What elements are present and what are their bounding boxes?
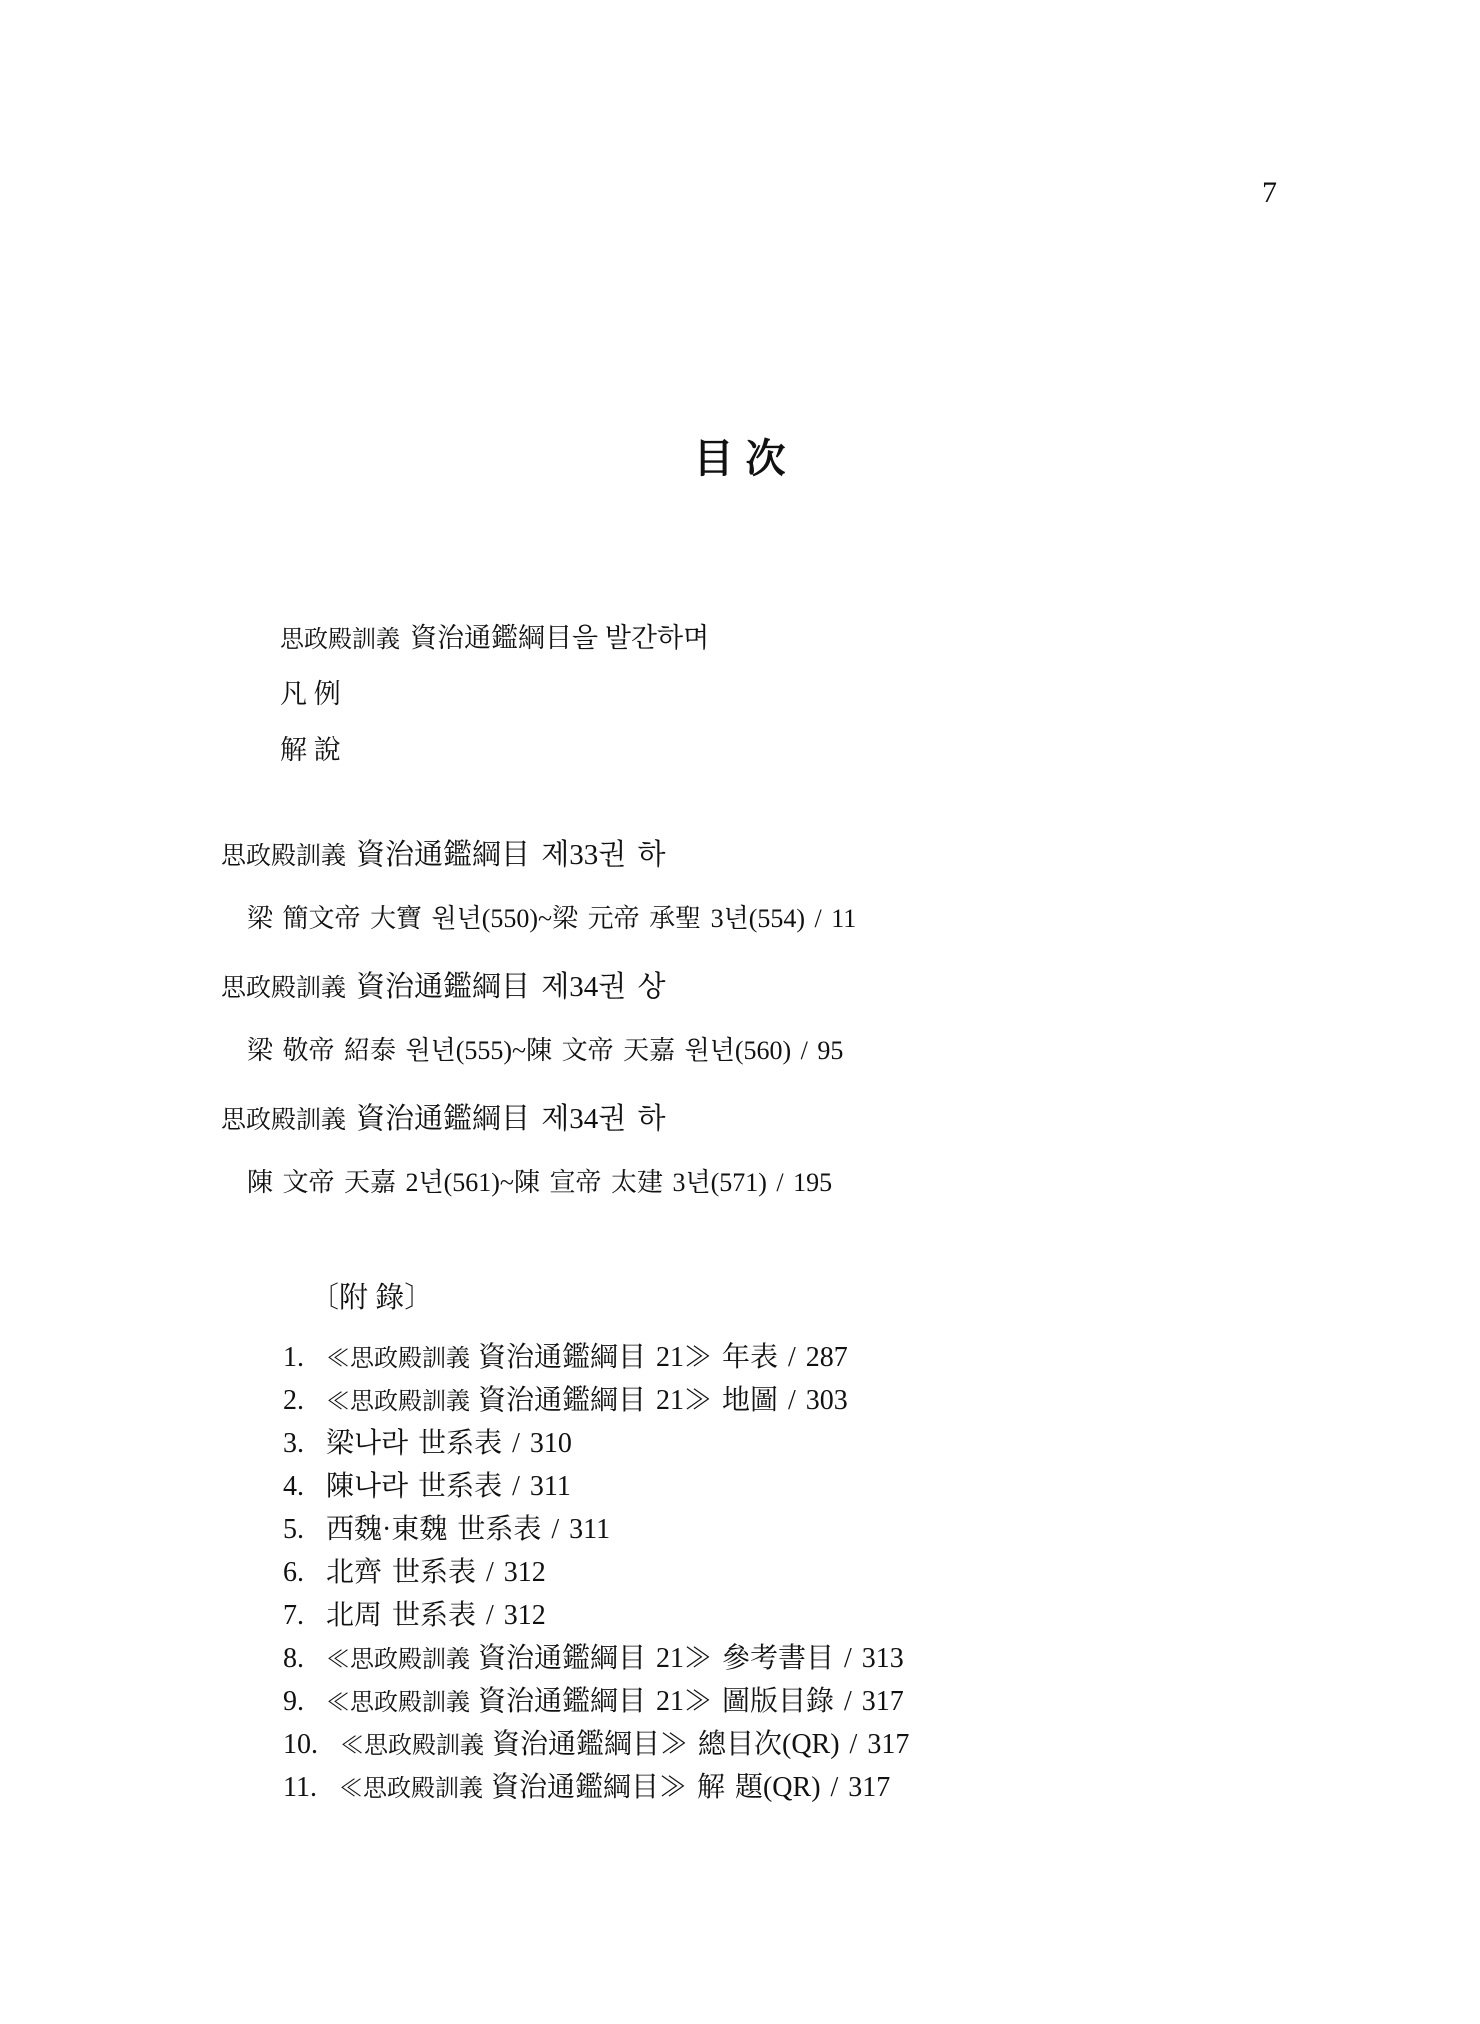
item-label: 梁나라 世系表 / 310 [326,1428,572,1459]
chapter-heading: 思政殿訓義資治通鑑綱目 제34권 상 [221,964,666,1005]
item-label: 資治通鑑綱目 21≫ 地圖 / 303 [478,1385,848,1416]
appendix-item: 9.≪思政殿訓義資治通鑑綱目 21≫ 圖版目錄 / 317 [283,1680,909,1723]
item-label: 資治通鑑綱目≫ 總目次(QR) / 317 [492,1729,909,1760]
item-prefix: ≪思政殿訓義 [339,1776,483,1802]
appendix-header: 〔附 錄〕 [310,1275,433,1316]
front-matter-label: 資治通鑑綱目을 발간하며 [410,623,709,653]
appendix-item: 2.≪思政殿訓義資治通鑑綱目 21≫ 地圖 / 303 [283,1379,909,1422]
page-title: 目 次 [0,427,1480,484]
appendix-list: 1.≪思政殿訓義資治通鑑綱目 21≫ 年表 / 287 2.≪思政殿訓義資治通鑑… [283,1336,909,1809]
chapter-prefix: 思政殿訓義 [221,843,346,870]
item-label: 北齊 世系表 / 312 [326,1557,546,1588]
front-matter-item: 思政殿訓義資治通鑑綱目을 발간하며 [280,616,709,655]
chapter-prefix: 思政殿訓義 [221,975,346,1002]
item-number: 2. [283,1379,304,1422]
item-prefix: ≪思政殿訓義 [340,1733,484,1759]
chapter-heading: 思政殿訓義資治通鑑綱目 제33권 하 [221,832,666,873]
chapter-detail: 梁 簡文帝 大寶 원년(550)~梁 元帝 承聖 3년(554) / 11 [247,898,856,935]
item-number: 8. [283,1637,304,1680]
item-prefix: ≪思政殿訓義 [326,1690,470,1716]
item-number: 4. [283,1465,304,1508]
page-number: 7 [1262,176,1277,210]
chapter-prefix: 思政殿訓義 [221,1107,346,1134]
item-label: 資治通鑑綱目≫ 解 題(QR) / 317 [491,1772,890,1803]
toc-page: 7 目 次 思政殿訓義資治通鑑綱目을 발간하며 凡 例 解 說 思政殿訓義資治通… [0,0,1480,2024]
item-label: 資治通鑑綱目 21≫ 參考書目 / 313 [478,1643,904,1674]
chapter-detail: 陳 文帝 天嘉 2년(561)~陳 宣帝 太建 3년(571) / 195 [247,1162,832,1199]
item-prefix: ≪思政殿訓義 [326,1346,470,1372]
front-matter-item: 凡 例 [280,672,341,711]
item-number: 7. [283,1594,304,1637]
appendix-item: 8.≪思政殿訓義資治通鑑綱目 21≫ 參考書目 / 313 [283,1637,909,1680]
appendix-item: 3.梁나라 世系表 / 310 [283,1422,909,1465]
chapter-heading: 思政殿訓義資治通鑑綱目 제34권 하 [221,1096,666,1137]
item-label: 資治通鑑綱目 21≫ 圖版目錄 / 317 [478,1686,904,1717]
appendix-item: 10.≪思政殿訓義資治通鑑綱目≫ 總目次(QR) / 317 [283,1723,909,1766]
appendix-item: 7.北周 世系表 / 312 [283,1594,909,1637]
appendix-item: 1.≪思政殿訓義資治通鑑綱目 21≫ 年表 / 287 [283,1336,909,1379]
item-number: 6. [283,1551,304,1594]
item-prefix: ≪思政殿訓義 [326,1647,470,1673]
front-matter-label: 凡 例 [280,679,341,709]
item-prefix: ≪思政殿訓義 [326,1389,470,1415]
item-number: 1. [283,1336,304,1379]
chapter-title: 資治通鑑綱目 제34권 상 [356,971,666,1003]
front-matter-item: 解 說 [280,728,341,767]
appendix-item: 6.北齊 世系表 / 312 [283,1551,909,1594]
chapter-title: 資治通鑑綱目 제33권 하 [356,839,666,871]
appendix-item: 5.西魏·東魏 世系表 / 311 [283,1508,909,1551]
item-number: 10. [283,1723,318,1766]
item-label: 西魏·東魏 世系表 / 311 [326,1514,610,1545]
item-label: 資治通鑑綱目 21≫ 年表 / 287 [478,1342,848,1373]
chapter-detail: 梁 敬帝 紹泰 원년(555)~陳 文帝 天嘉 원년(560) / 95 [247,1030,843,1067]
item-number: 9. [283,1680,304,1723]
item-number: 3. [283,1422,304,1465]
appendix-item: 11.≪思政殿訓義資治通鑑綱目≫ 解 題(QR) / 317 [283,1766,909,1809]
item-label: 北周 世系表 / 312 [326,1600,546,1631]
item-label: 陳나라 世系表 / 311 [326,1471,571,1502]
appendix-item: 4.陳나라 世系表 / 311 [283,1465,909,1508]
item-number: 11. [283,1766,317,1809]
item-number: 5. [283,1508,304,1551]
chapter-title: 資治通鑑綱目 제34권 하 [356,1103,666,1135]
front-matter-label: 解 說 [280,735,341,765]
front-matter-prefix: 思政殿訓義 [280,627,400,653]
